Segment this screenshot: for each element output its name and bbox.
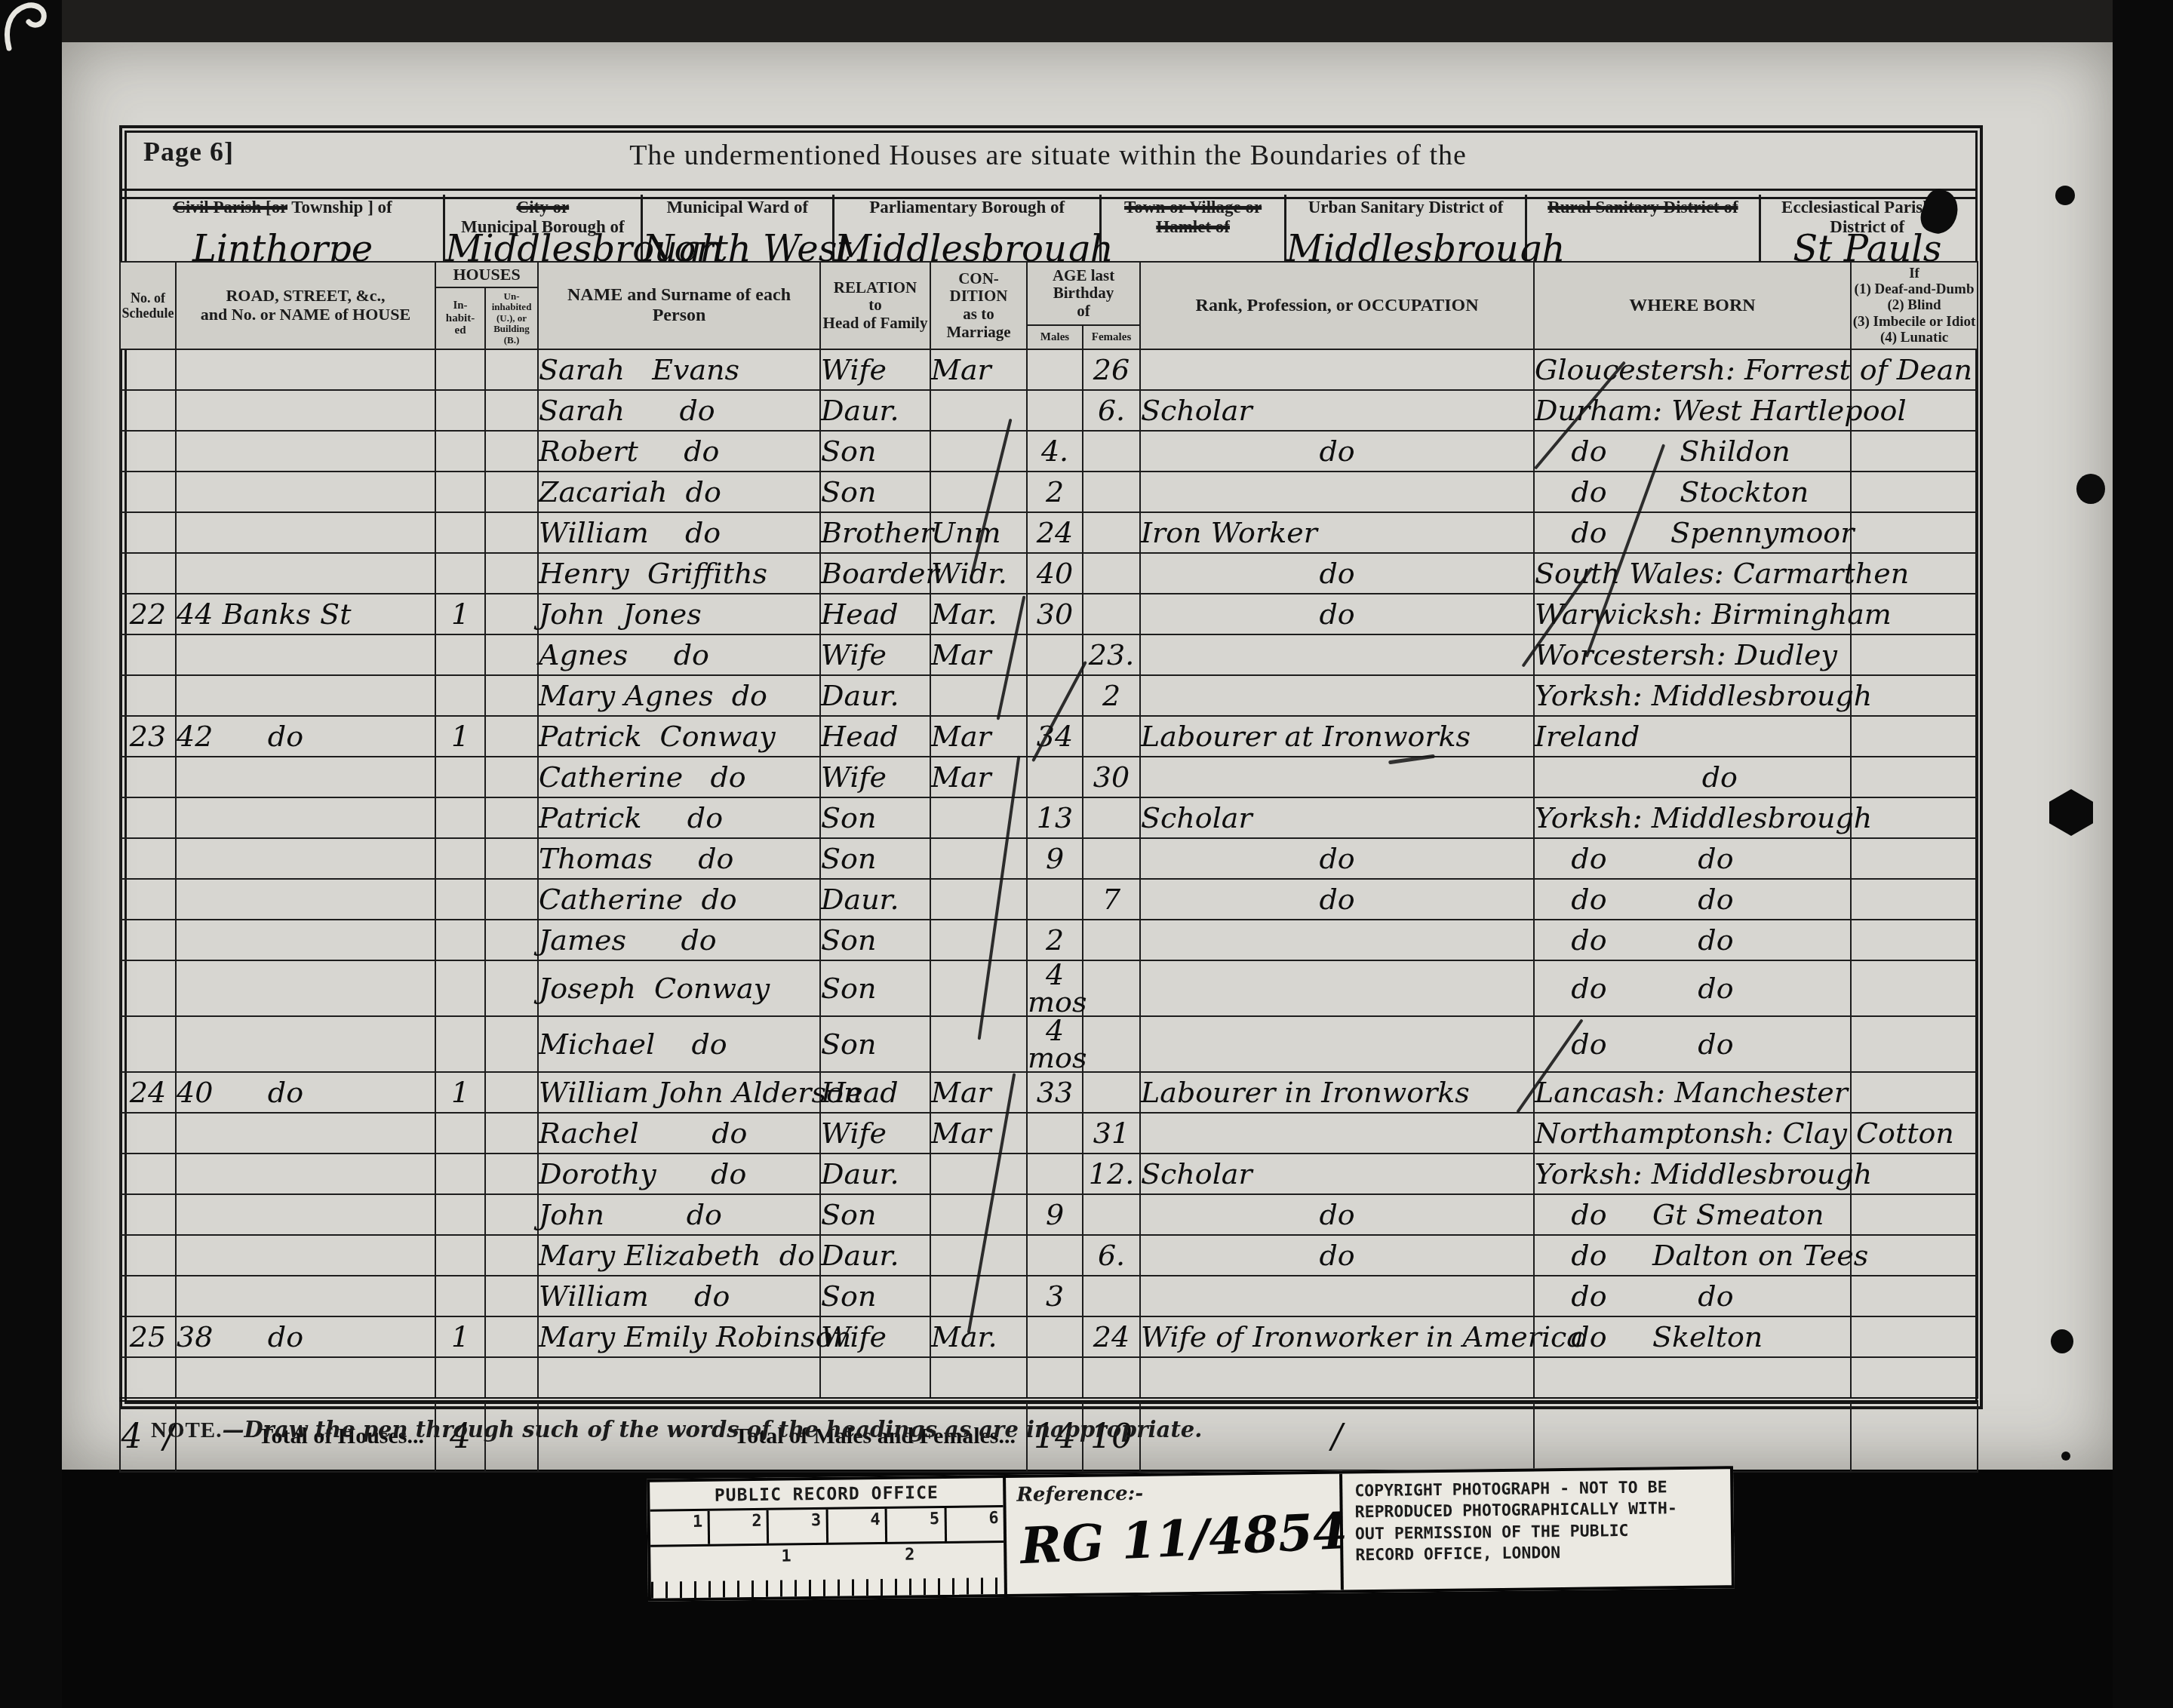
cell-occupation xyxy=(1140,675,1534,716)
punch-hole xyxy=(2076,474,2105,504)
cell-males: 4 mos xyxy=(1027,1016,1083,1072)
cell-schedule xyxy=(120,920,176,960)
cell-schedule xyxy=(120,431,176,472)
cell-inhabited xyxy=(435,1276,485,1316)
district-label: Civil Parish [or Township ] of xyxy=(122,195,443,217)
photo-top-band xyxy=(0,0,2173,44)
cell-road xyxy=(176,431,435,472)
cell-where-born: do do xyxy=(1534,920,1851,960)
cell-schedule xyxy=(120,675,176,716)
cell-relation: Son xyxy=(820,1016,930,1072)
cell-road: 40 do xyxy=(176,1072,435,1113)
cell-name: William do xyxy=(538,512,820,553)
form-footnote: NOTE.—Draw the pen through such of the w… xyxy=(151,1417,1202,1443)
cell-road: 44 Banks St xyxy=(176,594,435,634)
cell-infirmity xyxy=(1851,634,1978,675)
cell-condition xyxy=(930,431,1027,472)
cell-males: 13 xyxy=(1027,797,1083,838)
cell-occupation: Labourer in Ironworks xyxy=(1140,1072,1534,1113)
cell-females: 12. xyxy=(1083,1154,1140,1194)
cell-where-born: Yorksh: Middlesbrough xyxy=(1534,1154,1851,1194)
ruler-number: 2 xyxy=(709,1510,769,1544)
district-rural-sanitary: Rural Sanitary District of xyxy=(1527,195,1760,261)
cell-occupation: Wife of Ironworker in America xyxy=(1140,1316,1534,1357)
census-row: 2538 do1Mary Emily RobinsonWifeMar.24Wif… xyxy=(120,1316,1978,1357)
cell-occupation: Scholar xyxy=(1140,390,1534,431)
cell-inhabited xyxy=(435,960,485,1016)
cell-inhabited xyxy=(435,1113,485,1154)
cell-uninhabited xyxy=(485,1072,538,1113)
cell-condition xyxy=(930,1016,1027,1072)
cell-road xyxy=(176,675,435,716)
cell-name: Mary Elizabeth do xyxy=(538,1235,820,1276)
cell-uninhabited xyxy=(485,716,538,757)
cell-name: Patrick Conway xyxy=(538,716,820,757)
census-row: Michael doSon4 mos do do xyxy=(120,1016,1978,1072)
cell-uninhabited xyxy=(485,1235,538,1276)
cell-inhabited xyxy=(435,553,485,594)
cell-name: Joseph Conway xyxy=(538,960,820,1016)
cell-infirmity xyxy=(1851,960,1978,1016)
cell-occupation xyxy=(1140,1357,1534,1399)
cell-schedule xyxy=(120,390,176,431)
paper-speck xyxy=(2061,1451,2070,1461)
ruler-number: 1 xyxy=(650,1511,710,1545)
footnote-text: —Draw the pen through such of the words … xyxy=(222,1417,1202,1442)
cell-infirmity xyxy=(1851,431,1978,472)
cell-occupation xyxy=(1140,634,1534,675)
district-town-village: Town or Village or Hamlet of xyxy=(1102,195,1286,261)
cell-infirmity xyxy=(1851,920,1978,960)
cell-where-born: do xyxy=(1534,757,1851,797)
cell-condition xyxy=(930,1194,1027,1235)
film-curl-mark-icon xyxy=(3,2,56,51)
cell-relation: Wife xyxy=(820,1113,930,1154)
public-record-office-stamp: PUBLIC RECORD OFFICE 123456 1 2 Referenc… xyxy=(647,1466,1735,1602)
cell-infirmity xyxy=(1851,716,1978,757)
punch-hole xyxy=(2051,1329,2073,1353)
cell-inhabited xyxy=(435,1154,485,1194)
cell-females xyxy=(1083,1194,1140,1235)
census-row: 2342 do1Patrick ConwayHeadMar34Labourer … xyxy=(120,716,1978,757)
cell-uninhabited xyxy=(485,1357,538,1399)
cell-occupation: do xyxy=(1140,1194,1534,1235)
district-civil-parish: Civil Parish [or Township ] of Linthorpe xyxy=(122,195,445,261)
cell-inhabited xyxy=(435,879,485,920)
cell-road xyxy=(176,879,435,920)
cell-relation: Daur. xyxy=(820,1154,930,1194)
cell-schedule: 24 xyxy=(120,1072,176,1113)
cell-relation: Head xyxy=(820,594,930,634)
cell-name: Dorothy do xyxy=(538,1154,820,1194)
cell-females xyxy=(1083,512,1140,553)
cell-where-born: do do xyxy=(1534,838,1851,879)
cell-road xyxy=(176,1194,435,1235)
cell-relation: Brother xyxy=(820,512,930,553)
cell-schedule xyxy=(120,797,176,838)
ruler-number: 6 xyxy=(946,1507,1004,1541)
cell-inhabited xyxy=(435,512,485,553)
cell-inhabited: 1 xyxy=(435,1316,485,1357)
cell-females xyxy=(1083,472,1140,512)
cell-uninhabited xyxy=(485,1316,538,1357)
cell-infirmity xyxy=(1851,1235,1978,1276)
cell-schedule xyxy=(120,553,176,594)
census-row: Catherine doWifeMar30 do xyxy=(120,757,1978,797)
cell-condition xyxy=(930,1154,1027,1194)
struck-label-text: City or xyxy=(517,198,570,217)
cell-inhabited: 1 xyxy=(435,594,485,634)
cell-relation: Son xyxy=(820,431,930,472)
ruler-ticks-icon: 1 2 xyxy=(650,1543,1004,1599)
cell-infirmity xyxy=(1851,1316,1978,1357)
cell-relation: Head xyxy=(820,1072,930,1113)
cell-road xyxy=(176,472,435,512)
photo-left-band xyxy=(0,0,62,1708)
district-label: Parliamentary Borough of xyxy=(834,195,1099,217)
cell-condition xyxy=(930,1357,1027,1399)
cell-name: Sarah Evans xyxy=(538,349,820,390)
cell-infirmity xyxy=(1851,1357,1978,1399)
cell-inhabited xyxy=(435,757,485,797)
cell-where-born: do do xyxy=(1534,879,1851,920)
cell-name: Patrick do xyxy=(538,797,820,838)
cell-schedule xyxy=(120,1357,176,1399)
cell-occupation: do xyxy=(1140,594,1534,634)
header-houses: HOUSES xyxy=(435,262,538,287)
cell-relation xyxy=(820,1357,930,1399)
stamp-reference-section: Reference:- RG 11/4854 xyxy=(1006,1474,1344,1594)
cell-where-born: do Shildon xyxy=(1534,431,1851,472)
cell-uninhabited xyxy=(485,920,538,960)
cell-name: Henry Griffiths xyxy=(538,553,820,594)
struck-label-text: Civil Parish [or xyxy=(173,198,287,217)
cell-road xyxy=(176,1154,435,1194)
cell-condition: Mar xyxy=(930,1113,1027,1154)
cell-road xyxy=(176,1357,435,1399)
cell-uninhabited xyxy=(485,1194,538,1235)
cell-infirmity xyxy=(1851,1072,1978,1113)
cell-where-born xyxy=(1534,1357,1851,1399)
census-row: 2244 Banks St1John JonesHeadMar.30doWarw… xyxy=(120,594,1978,634)
cell-relation: Daur. xyxy=(820,390,930,431)
cell-uninhabited xyxy=(485,1016,538,1072)
census-photo-page: Page 6] The undermentioned Houses are si… xyxy=(0,0,2173,1708)
photo-right-band xyxy=(2113,0,2173,1708)
cell-name: Sarah do xyxy=(538,390,820,431)
cell-name: William John Alderson xyxy=(538,1072,820,1113)
cell-schedule xyxy=(120,1016,176,1072)
census-row: Henry GriffithsBoarderWidr.40doSouth Wal… xyxy=(120,553,1978,594)
cell-males xyxy=(1027,1235,1083,1276)
cell-females: 6. xyxy=(1083,1235,1140,1276)
cell-road xyxy=(176,634,435,675)
cell-inhabited xyxy=(435,1235,485,1276)
cell-males: 2 xyxy=(1027,920,1083,960)
cell-schedule xyxy=(120,838,176,879)
cell-schedule xyxy=(120,349,176,390)
cell-females: 24 xyxy=(1083,1316,1140,1357)
cell-uninhabited xyxy=(485,960,538,1016)
district-urban-sanitary: Urban Sanitary District of Middlesbrough xyxy=(1286,195,1527,261)
cell-relation: Wife xyxy=(820,634,930,675)
district-label: Town or Village or Hamlet of xyxy=(1102,195,1284,237)
cell-inhabited xyxy=(435,920,485,960)
cell-females: 30 xyxy=(1083,757,1140,797)
cell-males xyxy=(1027,349,1083,390)
cell-condition xyxy=(930,472,1027,512)
census-row: Catherine doDaur.7do do do xyxy=(120,879,1978,920)
cell-schedule xyxy=(120,1194,176,1235)
cell-schedule xyxy=(120,1154,176,1194)
district-label: Urban Sanitary District of xyxy=(1286,195,1525,217)
cell-males: 9 xyxy=(1027,838,1083,879)
cell-occupation: Labourer at Ironworks xyxy=(1140,716,1534,757)
cell-road xyxy=(176,920,435,960)
header-where-born: WHERE BORN xyxy=(1534,262,1851,349)
cell-where-born: do do xyxy=(1534,1016,1851,1072)
header-infirmity: If (1) Deaf-and-Dumb (2) Blind (3) Imbec… xyxy=(1851,262,1978,349)
cell-males: 33 xyxy=(1027,1072,1083,1113)
cell-relation: Head xyxy=(820,716,930,757)
cell-road xyxy=(176,838,435,879)
cell-females xyxy=(1083,838,1140,879)
cell-uninhabited xyxy=(485,594,538,634)
cell-schedule xyxy=(120,512,176,553)
cell-relation: Wife xyxy=(820,349,930,390)
cell-relation: Wife xyxy=(820,1316,930,1357)
cell-occupation: do xyxy=(1140,1235,1534,1276)
cell-where-born: do Skelton xyxy=(1534,1316,1851,1357)
cell-uninhabited xyxy=(485,879,538,920)
cell-road xyxy=(176,553,435,594)
cell-inhabited: 1 xyxy=(435,1072,485,1113)
cell-uninhabited xyxy=(485,472,538,512)
ruler-number: 1 xyxy=(781,1547,791,1565)
district-parliamentary-borough: Parliamentary Borough of Middlesbrough xyxy=(834,195,1102,261)
cell-name: Michael do xyxy=(538,1016,820,1072)
cell-females xyxy=(1083,797,1140,838)
cell-occupation: do xyxy=(1140,553,1534,594)
stamp-ruler-section: PUBLIC RECORD OFFICE 123456 1 2 xyxy=(650,1478,1007,1599)
cell-occupation xyxy=(1140,920,1534,960)
cell-condition xyxy=(930,879,1027,920)
cell-females: 31 xyxy=(1083,1113,1140,1154)
cell-occupation xyxy=(1140,349,1534,390)
cell-relation: Son xyxy=(820,472,930,512)
cell-inhabited xyxy=(435,1016,485,1072)
cell-road xyxy=(176,757,435,797)
ruler-number: 5 xyxy=(887,1508,947,1542)
cell-uninhabited xyxy=(485,1113,538,1154)
census-row: Sarah EvansWifeMar26Gloucestersh: Forres… xyxy=(120,349,1978,390)
cell-schedule xyxy=(120,879,176,920)
cell-infirmity xyxy=(1851,879,1978,920)
cell-relation: Boarder xyxy=(820,553,930,594)
cell-name xyxy=(538,1357,820,1399)
cell-occupation xyxy=(1140,960,1534,1016)
cell-name: John Jones xyxy=(538,594,820,634)
cell-infirmity xyxy=(1851,1276,1978,1316)
census-row: William doBrotherUnm24Iron Worker do Spe… xyxy=(120,512,1978,553)
cell-relation: Wife xyxy=(820,757,930,797)
cell-inhabited xyxy=(435,1194,485,1235)
cell-females: 7 xyxy=(1083,879,1140,920)
label-text: Parliamentary Borough of xyxy=(869,198,1065,217)
cell-relation: Son xyxy=(820,920,930,960)
census-row: Thomas doSon9do do do xyxy=(120,838,1978,879)
cell-road xyxy=(176,1113,435,1154)
cell-females xyxy=(1083,920,1140,960)
cell-occupation xyxy=(1140,472,1534,512)
cell-name: Catherine do xyxy=(538,757,820,797)
header-name-surname: NAME and Surname of each Person xyxy=(538,262,820,349)
census-row xyxy=(120,1357,1978,1399)
cell-inhabited xyxy=(435,390,485,431)
cell-males: 9 xyxy=(1027,1194,1083,1235)
district-municipal-borough: City or Municipal Borough of Middlesbrou… xyxy=(445,195,642,261)
cell-males xyxy=(1027,390,1083,431)
cell-road xyxy=(176,1276,435,1316)
label-text: Municipal Ward of xyxy=(667,198,808,217)
cell-females xyxy=(1083,716,1140,757)
cell-where-born: Lancash: Manchester xyxy=(1534,1072,1851,1113)
census-row: Robert doSon4.do do Shildon xyxy=(120,431,1978,472)
struck-label-text: Rural Sanitary District of xyxy=(1548,198,1738,217)
cell-where-born: do Spennymoor xyxy=(1534,512,1851,553)
cell-occupation: Scholar xyxy=(1140,1154,1534,1194)
cell-name: Agnes do xyxy=(538,634,820,675)
cell-relation: Daur. xyxy=(820,1235,930,1276)
cell-schedule xyxy=(120,1235,176,1276)
census-row: James doSon2 do do xyxy=(120,920,1978,960)
header-inhabited: In- habit- ed xyxy=(435,287,485,349)
cell-females xyxy=(1083,1276,1140,1316)
census-row: Mary Agnes doDaur.2Yorksh: Middlesbrough xyxy=(120,675,1978,716)
cell-occupation xyxy=(1140,757,1534,797)
cell-name: Catherine do xyxy=(538,879,820,920)
census-row: Zacariah doSon2 do Stockton xyxy=(120,472,1978,512)
cell-name: Robert do xyxy=(538,431,820,472)
census-row: Patrick doSon13ScholarYorksh: Middlesbro… xyxy=(120,797,1978,838)
cell-schedule: 23 xyxy=(120,716,176,757)
cell-inhabited: 1 xyxy=(435,716,485,757)
cell-road xyxy=(176,797,435,838)
reference-number-handwriting: RG 11/4854 xyxy=(1019,1501,1348,1575)
cell-occupation: do xyxy=(1140,431,1534,472)
district-label: Rural Sanitary District of xyxy=(1527,195,1758,217)
cell-females xyxy=(1083,1072,1140,1113)
cell-females xyxy=(1083,1357,1140,1399)
cell-name: Rachel do xyxy=(538,1113,820,1154)
cell-schedule: 22 xyxy=(120,594,176,634)
cell-infirmity xyxy=(1851,757,1978,797)
cell-females: 26 xyxy=(1083,349,1140,390)
cell-where-born: Worcestersh: Dudley xyxy=(1534,634,1851,675)
cell-relation: Daur. xyxy=(820,675,930,716)
cell-name: Mary Emily Robinson xyxy=(538,1316,820,1357)
district-label: Municipal Ward of xyxy=(643,195,832,217)
cell-uninhabited xyxy=(485,757,538,797)
cell-where-born: do do xyxy=(1534,1276,1851,1316)
cell-uninhabited xyxy=(485,1154,538,1194)
header-road-street: ROAD, STREET, &c., and No. or NAME of HO… xyxy=(176,262,435,349)
cell-relation: Son xyxy=(820,1276,930,1316)
district-header-row: Civil Parish [or Township ] of Linthorpe… xyxy=(122,195,1974,261)
cell-infirmity xyxy=(1851,1016,1978,1072)
cell-road xyxy=(176,1016,435,1072)
cell-occupation: do xyxy=(1140,879,1534,920)
cell-road xyxy=(176,512,435,553)
census-row: Mary Elizabeth doDaur.6.do do Dalton on … xyxy=(120,1235,1978,1276)
census-row: Sarah doDaur.6.ScholarDurham: West Hartl… xyxy=(120,390,1978,431)
cell-where-born: Northamptonsh: Clay Cotton xyxy=(1534,1113,1851,1154)
district-municipal-ward: Municipal Ward of North West xyxy=(643,195,834,261)
cell-road: 38 do xyxy=(176,1316,435,1357)
header-males: Males xyxy=(1027,325,1083,349)
cell-where-born: do Stockton xyxy=(1534,472,1851,512)
stamp-office-title: PUBLIC RECORD OFFICE xyxy=(650,1478,1003,1512)
cell-females: 23. xyxy=(1083,634,1140,675)
cell-males: 24 xyxy=(1027,512,1083,553)
cell-schedule xyxy=(120,472,176,512)
cell-condition xyxy=(930,838,1027,879)
cell-inhabited xyxy=(435,349,485,390)
totals-empty-cell xyxy=(1851,1399,1978,1472)
cell-name: John do xyxy=(538,1194,820,1235)
header-uninhabited: Un- inhabited (U.), or Building (B.) xyxy=(485,287,538,349)
cell-females: 2 xyxy=(1083,675,1140,716)
cell-inhabited xyxy=(435,675,485,716)
cell-males xyxy=(1027,1357,1083,1399)
cell-where-born: South Wales: Carmarthen xyxy=(1534,553,1851,594)
cell-inhabited xyxy=(435,838,485,879)
cell-relation: Son xyxy=(820,838,930,879)
cell-inhabited xyxy=(435,431,485,472)
header-age: AGE last Birthday of xyxy=(1027,262,1140,325)
cell-males xyxy=(1027,1154,1083,1194)
cell-females xyxy=(1083,553,1140,594)
cell-name: Zacariah do xyxy=(538,472,820,512)
cell-females xyxy=(1083,960,1140,1016)
cell-where-born: Ireland xyxy=(1534,716,1851,757)
cell-road: 42 do xyxy=(176,716,435,757)
header-schedule: No. of Schedule xyxy=(120,262,176,349)
punch-hole xyxy=(2055,186,2075,205)
cell-road xyxy=(176,960,435,1016)
cell-uninhabited xyxy=(485,512,538,553)
cell-name: Mary Agnes do xyxy=(538,675,820,716)
footnote-label: NOTE. xyxy=(151,1418,222,1442)
cell-females xyxy=(1083,431,1140,472)
cell-schedule xyxy=(120,757,176,797)
totals-empty-cell xyxy=(1534,1399,1851,1472)
cell-road xyxy=(176,349,435,390)
cell-males: 40 xyxy=(1027,553,1083,594)
cell-infirmity xyxy=(1851,838,1978,879)
cell-males: 3 xyxy=(1027,1276,1083,1316)
cell-uninhabited xyxy=(485,797,538,838)
form-title: The undermentioned Houses are situate wi… xyxy=(119,139,1977,172)
header-relation: RELATION to Head of Family xyxy=(820,262,930,349)
cell-condition xyxy=(930,920,1027,960)
cell-condition xyxy=(930,675,1027,716)
cell-inhabited xyxy=(435,797,485,838)
cell-schedule xyxy=(120,1276,176,1316)
cell-occupation: Scholar xyxy=(1140,797,1534,838)
cell-males xyxy=(1027,634,1083,675)
cell-males xyxy=(1027,879,1083,920)
